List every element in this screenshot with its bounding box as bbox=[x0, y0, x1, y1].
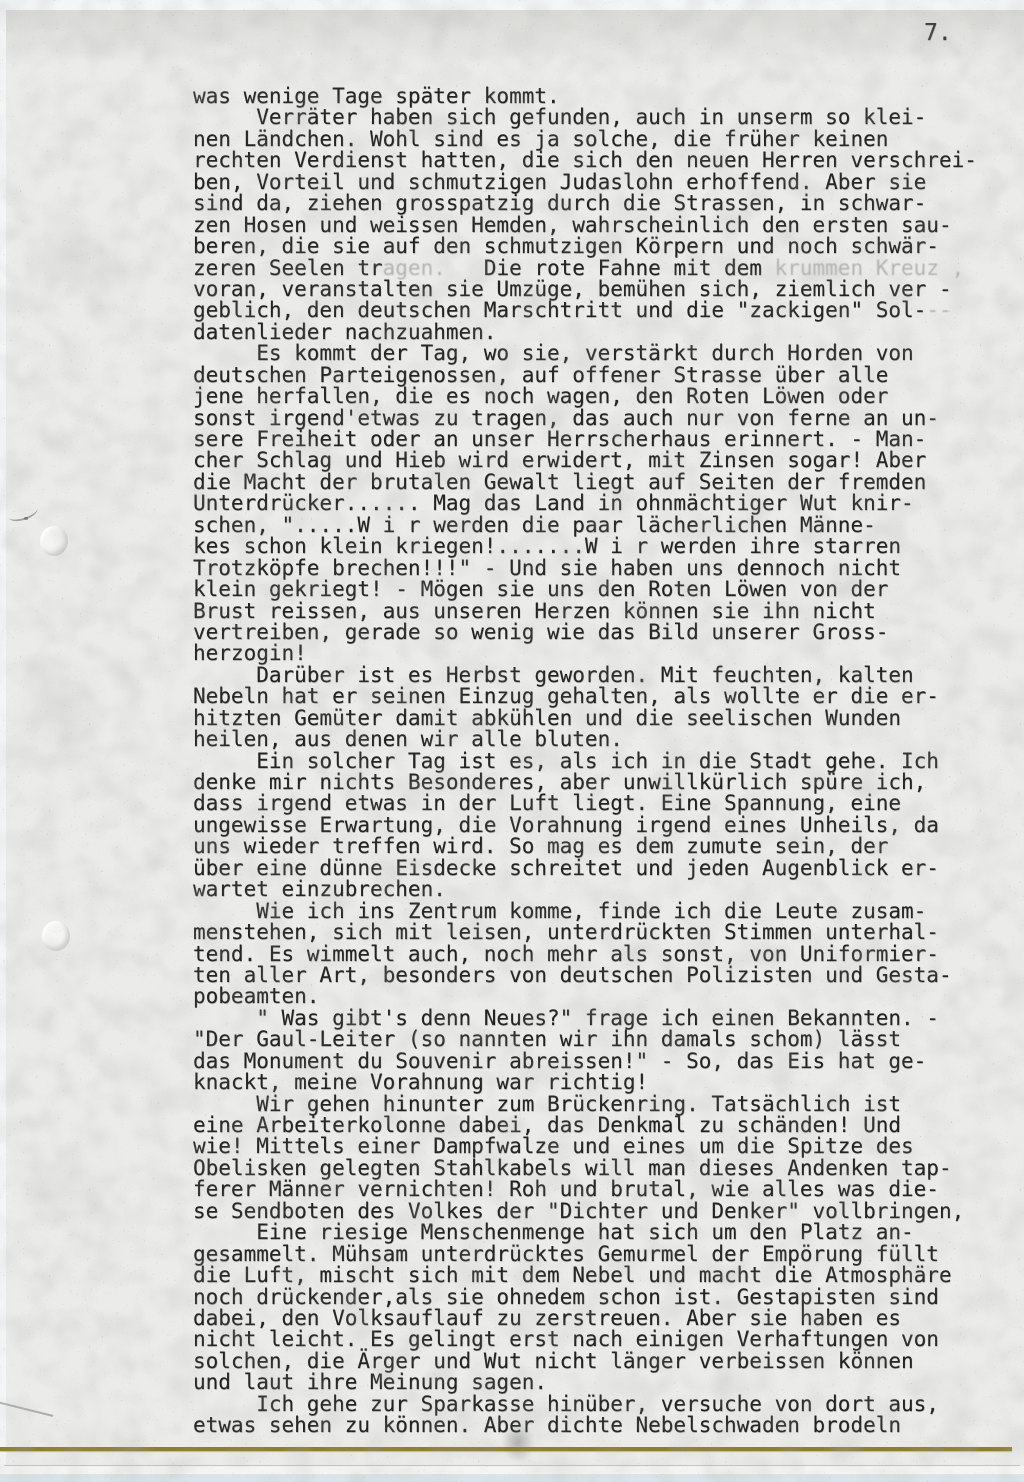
text-segment: wie! Mittels einer Dampfwalze und eines … bbox=[193, 1134, 914, 1158]
text-segment: etwas sehen zu können. Aber dichte Nebel… bbox=[193, 1413, 901, 1437]
text-line: wartet einzubrechen. bbox=[193, 879, 1013, 900]
text-segment: uns wieder treffen wird. So mag es dem z… bbox=[193, 834, 888, 858]
text-segment: cher Schlag und Hieb wird erwidert, mit … bbox=[193, 448, 926, 472]
text-line: Unterdrücker...... Mag das Land in ohnmä… bbox=[193, 493, 1013, 514]
text-line: pobeamten. bbox=[193, 986, 1013, 1007]
text-segment: pobeamten. bbox=[193, 984, 319, 1008]
text-line: nicht leicht. Es gelingt erst nach einig… bbox=[193, 1329, 1013, 1350]
text-segment: geblich, den deutschen Marschtritt und d… bbox=[193, 298, 926, 322]
text-segment: ferer Männer vernichten! Roh und brutal,… bbox=[193, 1177, 939, 1201]
text-segment: Es kommt der Tag, wo sie, verstärkt durc… bbox=[193, 341, 914, 365]
text-line: sind da, ziehen grosspatzig durch die St… bbox=[193, 193, 1013, 214]
scan-left-mottling bbox=[6, 10, 196, 1466]
text-line: ten aller Art, besonders von deutschen P… bbox=[193, 965, 1013, 986]
text-segment: klein gekriegt! - Mögen sie uns den Rote… bbox=[193, 577, 888, 601]
text-line: "Der Gaul-Leiter (so nannten wir ihn dam… bbox=[193, 1029, 1013, 1050]
text-segment: dass irgend etwas in der Luft liegt. Ein… bbox=[193, 791, 901, 815]
text-segment: schen, ".....W i r werden die paar läche… bbox=[193, 513, 876, 537]
ink-smudge bbox=[495, 1418, 541, 1472]
text-line: ben, Vorteil und schmutzigen Judaslohn e… bbox=[193, 172, 1013, 193]
text-segment: die Luft, mischt sich mit dem Nebel und … bbox=[193, 1263, 952, 1287]
text-line: klein gekriegt! - Mögen sie uns den Rote… bbox=[193, 579, 1013, 600]
text-line: kes schon klein kriegen!.......W i r wer… bbox=[193, 536, 1013, 557]
text-line: hitzten Gemüter damit abkühlen und die s… bbox=[193, 708, 1013, 729]
text-segment: über eine dünne Eisdecke schreitet und j… bbox=[193, 856, 939, 880]
text-segment: nicht leicht. Es gelingt erst nach einig… bbox=[193, 1327, 939, 1351]
text-segment: sere Freiheit oder an unser Herrscherhau… bbox=[193, 427, 926, 451]
text-segment: das Monument du Souvenir abreissen!" - S… bbox=[193, 1049, 926, 1073]
text-segment: Wie ich ins Zentrum komme, finde ich die… bbox=[193, 899, 926, 923]
text-segment: menstehen, sich mit leisen, unterdrückte… bbox=[193, 920, 939, 944]
text-line: die Luft, mischt sich mit dem Nebel und … bbox=[193, 1265, 1013, 1286]
text-line: noch drückender,als sie ohnedem schon is… bbox=[193, 1287, 1013, 1308]
hole-punch-top bbox=[40, 526, 68, 556]
text-segment: die Macht der brutalen Gewalt liegt auf … bbox=[193, 470, 926, 494]
page-number: 7. bbox=[924, 20, 952, 46]
text-segment: ten aller Art, besonders von deutschen P… bbox=[193, 963, 952, 987]
text-segment: und laut ihre Meinung sagen. bbox=[193, 1370, 547, 1394]
text-segment: Wir gehen hinunter zum Brückenring. Tats… bbox=[193, 1092, 901, 1116]
text-line: Ein solcher Tag ist es, als ich in die S… bbox=[193, 751, 1013, 772]
text-line: schen, ".....W i r werden die paar läche… bbox=[193, 515, 1013, 536]
text-line: Wir gehen hinunter zum Brückenring. Tats… bbox=[193, 1094, 1013, 1115]
text-segment: Ich gehe zur Sparkasse hinüber, versuche… bbox=[193, 1392, 939, 1416]
text-segment: Ein solcher Tag ist es, als ich in die S… bbox=[193, 749, 939, 773]
text-line: dass irgend etwas in der Luft liegt. Ein… bbox=[193, 793, 1013, 814]
text-segment: herzogin! bbox=[193, 641, 307, 665]
text-segment: " Was gibt's denn Neues?" frage ich eine… bbox=[193, 1006, 939, 1030]
text-line: gesammelt. Mühsam unterdrücktes Gemurmel… bbox=[193, 1244, 1013, 1265]
text-line: Obelisken gelegten Stahlkabels will man … bbox=[193, 1158, 1013, 1179]
text-line: geblich, den deutschen Marschtritt und d… bbox=[193, 300, 1013, 321]
text-segment: Trotzköpfe brechen!!!" - Und sie haben u… bbox=[193, 556, 901, 580]
text-line: herzogin! bbox=[193, 643, 1013, 664]
text-line: wie! Mittels einer Dampfwalze und eines … bbox=[193, 1136, 1013, 1157]
text-line: zen Hosen und weissen Hemden, wahrschein… bbox=[193, 215, 1013, 236]
text-segment: nen Ländchen. Wohl sind es ja solche, di… bbox=[193, 127, 888, 151]
bottom-rule-line bbox=[0, 1447, 1012, 1451]
text-segment: gesammelt. Mühsam unterdrücktes Gemurmel… bbox=[193, 1242, 939, 1266]
text-line: Nebeln hat er seinen Einzug gehalten, al… bbox=[193, 686, 1013, 707]
text-segment: was wenige Tage später kommt. bbox=[193, 84, 560, 108]
text-line: dabei, den Volksauflauf zu zerstreuen. A… bbox=[193, 1308, 1013, 1329]
typewritten-text: was wenige Tage später kommt. Verräter h… bbox=[193, 86, 1013, 1437]
pencil-mark-dot bbox=[24, 517, 28, 520]
text-segment: sind da, ziehen grosspatzig durch die St… bbox=[193, 191, 926, 215]
text-line: nen Ländchen. Wohl sind es ja solche, di… bbox=[193, 129, 1013, 150]
text-segment: Brust reissen, aus unseren Herzen können… bbox=[193, 599, 876, 623]
scanner-bottom-strip bbox=[0, 1474, 1024, 1482]
text-line: beren, die sie auf den schmutzigen Körpe… bbox=[193, 236, 1013, 257]
text-line: ferer Männer vernichten! Roh und brutal,… bbox=[193, 1179, 1013, 1200]
text-line: tend. Es wimmelt auch, noch mehr als son… bbox=[193, 944, 1013, 965]
text-segment: zeren Seelen tr bbox=[193, 256, 383, 280]
text-segment: kes schon klein kriegen!.......W i r wer… bbox=[193, 534, 901, 558]
text-segment: solchen, die Ärger und Wut nicht länger … bbox=[193, 1349, 914, 1373]
text-segment: beren, die sie auf den schmutzigen Körpe… bbox=[193, 234, 939, 258]
text-segment: se Sendboten des Volkes der "Dichter und… bbox=[193, 1199, 964, 1223]
text-segment: zen Hosen und weissen Hemden, wahrschein… bbox=[193, 213, 952, 237]
faded-text-segment: krummen Kreuz , bbox=[762, 256, 964, 280]
text-segment: Eine riesige Menschenmenge hat sich um d… bbox=[193, 1220, 914, 1244]
text-segment: "Der Gaul-Leiter (so nannten wir ihn dam… bbox=[193, 1027, 901, 1051]
text-segment: voran, veranstalten sie Umzüge, bemühen … bbox=[193, 277, 952, 301]
text-line: vertreiben, gerade so wenig wie das Bild… bbox=[193, 622, 1013, 643]
text-segment: noch drückender,als sie ohnedem schon is… bbox=[193, 1285, 939, 1309]
text-line: Es kommt der Tag, wo sie, verstärkt durc… bbox=[193, 343, 1013, 364]
text-segment: sonst irgend'etwas zu tragen, das auch n… bbox=[193, 406, 939, 430]
text-line: menstehen, sich mit leisen, unterdrückte… bbox=[193, 922, 1013, 943]
text-segment: Darüber ist es Herbst geworden. Mit feuc… bbox=[193, 663, 914, 687]
text-segment: heilen, aus denen wir alle bluten. bbox=[193, 727, 623, 751]
text-line: etwas sehen zu können. Aber dichte Nebel… bbox=[193, 1415, 1013, 1436]
text-line: Darüber ist es Herbst geworden. Mit feuc… bbox=[193, 665, 1013, 686]
text-segment: Nebeln hat er seinen Einzug gehalten, al… bbox=[193, 684, 939, 708]
text-line: eine Arbeiterkolonne dabei, das Denkmal … bbox=[193, 1115, 1013, 1136]
text-segment: Obelisken gelegten Stahlkabels will man … bbox=[193, 1156, 952, 1180]
text-line: sere Freiheit oder an unser Herrscherhau… bbox=[193, 429, 1013, 450]
text-segment: vertreiben, gerade so wenig wie das Bild… bbox=[193, 620, 888, 644]
text-line: das Monument du Souvenir abreissen!" - S… bbox=[193, 1051, 1013, 1072]
text-line: was wenige Tage später kommt. bbox=[193, 86, 1013, 107]
text-line: cher Schlag und Hieb wird erwidert, mit … bbox=[193, 450, 1013, 471]
text-segment: ungewisse Erwartung, die Vorahnung irgen… bbox=[193, 813, 939, 837]
text-line: über eine dünne Eisdecke schreitet und j… bbox=[193, 858, 1013, 879]
text-segment: deutschen Parteigenossen, auf offener St… bbox=[193, 363, 888, 387]
text-segment: Die rote Fahne mit dem bbox=[446, 256, 762, 280]
text-line: Ich gehe zur Sparkasse hinüber, versuche… bbox=[193, 1394, 1013, 1415]
text-segment: Verräter haben sich gefunden, auch in un… bbox=[193, 105, 926, 129]
text-line: knackt, meine Vorahnung war richtig! bbox=[193, 1072, 1013, 1093]
text-line: se Sendboten des Volkes der "Dichter und… bbox=[193, 1201, 1013, 1222]
text-line: ungewisse Erwartung, die Vorahnung irgen… bbox=[193, 815, 1013, 836]
text-line: Wie ich ins Zentrum komme, finde ich die… bbox=[193, 901, 1013, 922]
text-line: datenlieder nachzuahmen. bbox=[193, 322, 1013, 343]
text-line: uns wieder treffen wird. So mag es dem z… bbox=[193, 836, 1013, 857]
faded-text-segment: agen. bbox=[383, 256, 446, 280]
text-segment: datenlieder nachzuahmen. bbox=[193, 320, 496, 344]
text-line: zeren Seelen tragen. Die rote Fahne mit … bbox=[193, 258, 1013, 279]
text-segment: wartet einzubrechen. bbox=[193, 877, 446, 901]
text-segment: ben, Vorteil und schmutzigen Judaslohn e… bbox=[193, 170, 926, 194]
text-line: voran, veranstalten sie Umzüge, bemühen … bbox=[193, 279, 1013, 300]
text-line: " Was gibt's denn Neues?" frage ich eine… bbox=[193, 1008, 1013, 1029]
text-line: heilen, aus denen wir alle bluten. bbox=[193, 729, 1013, 750]
text-line: rechten Verdienst hatten, die sich den n… bbox=[193, 150, 1013, 171]
text-segment: jene herfallen, die es noch wagen, den R… bbox=[193, 384, 888, 408]
text-segment: rechten Verdienst hatten, die sich den n… bbox=[193, 148, 977, 172]
text-line: und laut ihre Meinung sagen. bbox=[193, 1372, 1013, 1393]
faded-text-segment: -- bbox=[926, 298, 951, 322]
text-line: Eine riesige Menschenmenge hat sich um d… bbox=[193, 1222, 1013, 1243]
hole-punch-bottom bbox=[42, 921, 70, 951]
text-segment: tend. Es wimmelt auch, noch mehr als son… bbox=[193, 942, 939, 966]
text-line: Verräter haben sich gefunden, auch in un… bbox=[193, 107, 1013, 128]
text-segment: eine Arbeiterkolonne dabei, das Denkmal … bbox=[193, 1113, 901, 1137]
text-line: deutschen Parteigenossen, auf offener St… bbox=[193, 365, 1013, 386]
text-segment: Unterdrücker...... Mag das Land in ohnmä… bbox=[193, 491, 914, 515]
text-segment: dabei, den Volksauflauf zu zerstreuen. A… bbox=[193, 1306, 901, 1330]
text-line: jene herfallen, die es noch wagen, den R… bbox=[193, 386, 1013, 407]
text-line: denke mir nichts Besonderes, aber unwill… bbox=[193, 772, 1013, 793]
text-line: die Macht der brutalen Gewalt liegt auf … bbox=[193, 472, 1013, 493]
text-segment: knackt, meine Vorahnung war richtig! bbox=[193, 1070, 648, 1094]
text-segment: hitzten Gemüter damit abkühlen und die s… bbox=[193, 706, 901, 730]
text-line: Brust reissen, aus unseren Herzen können… bbox=[193, 601, 1013, 622]
text-line: sonst irgend'etwas zu tragen, das auch n… bbox=[193, 408, 1013, 429]
text-line: solchen, die Ärger und Wut nicht länger … bbox=[193, 1351, 1013, 1372]
text-segment: denke mir nichts Besonderes, aber unwill… bbox=[193, 770, 926, 794]
text-line: Trotzköpfe brechen!!!" - Und sie haben u… bbox=[193, 558, 1013, 579]
